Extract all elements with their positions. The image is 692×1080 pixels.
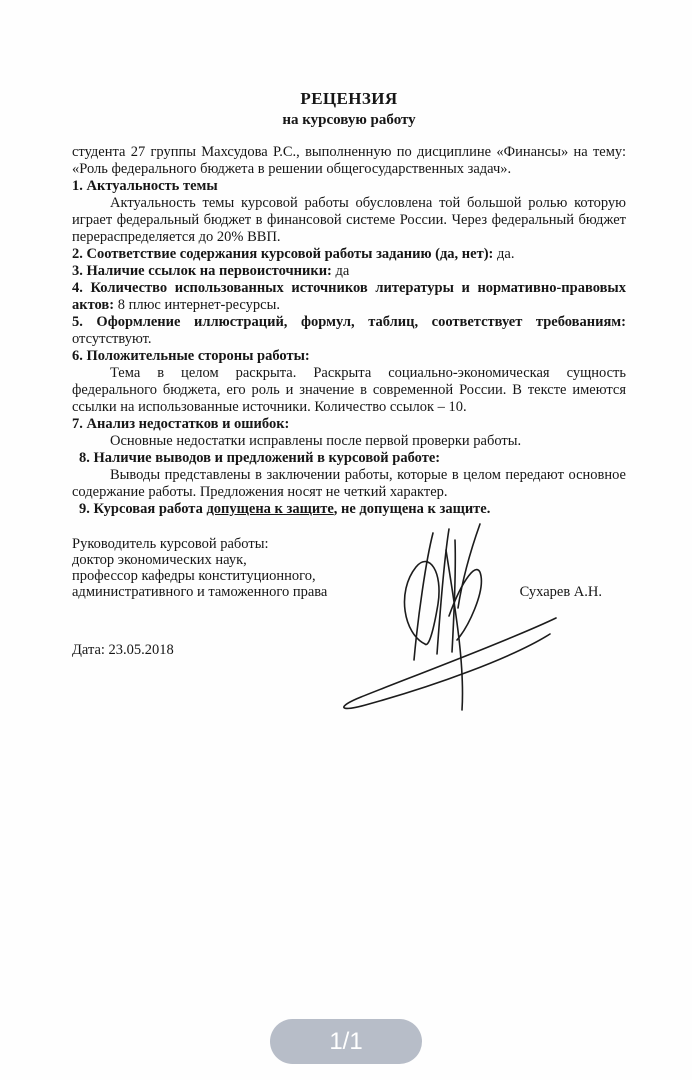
signoff-line-3: профессор кафедры конституционного, <box>72 568 626 584</box>
signoff-line-2: доктор экономических наук, <box>72 552 626 568</box>
section-4-value: 8 плюс интернет-ресурсы. <box>118 297 280 313</box>
section-9-suffix: , не допущена к защите. <box>334 501 491 517</box>
section-3-heading: 3. Наличие ссылок на первоисточники: <box>72 263 332 279</box>
section-8-heading: 8. Наличие выводов и предложений в курсо… <box>72 450 626 467</box>
section-6-body: Тема в целом раскрыта. Раскрыта социальн… <box>72 365 626 416</box>
date-line: Дата: 23.05.2018 <box>72 642 626 659</box>
section-4-line: 4. Количество использованных источников … <box>72 280 626 314</box>
section-1-body: Актуальность темы курсовой работы обусло… <box>72 195 626 246</box>
section-7-heading: 7. Анализ недостатков и ошибок: <box>72 416 626 433</box>
section-8-body: Выводы представлены в заключении работы,… <box>72 467 626 501</box>
section-6-heading: 6. Положительные стороны работы: <box>72 348 626 365</box>
section-5-line: 5. Оформление иллюстраций, формул, табли… <box>72 314 626 348</box>
section-5-value: отсутствуют. <box>72 331 151 347</box>
document-subtitle: на курсовую работу <box>72 111 626 130</box>
review-document: РЕЦЕНЗИЯ на курсовую работу студента 27 … <box>0 0 692 659</box>
section-3-line: 3. Наличие ссылок на первоисточники: да <box>72 263 626 280</box>
signoff-block: Руководитель курсовой работы: доктор эко… <box>72 536 626 600</box>
section-2-heading: 2. Соответствие содержания курсовой рабо… <box>72 246 493 262</box>
section-7-body: Основные недостатки исправлены после пер… <box>72 433 626 450</box>
section-5-heading: 5. Оформление иллюстраций, формул, табли… <box>72 314 626 330</box>
section-2-line: 2. Соответствие содержания курсовой рабо… <box>72 246 626 263</box>
page-indicator: 1/1 <box>270 1019 422 1064</box>
section-9-prefix: 9. Курсовая работа <box>79 501 206 517</box>
section-9-underlined: допущена к защите <box>206 501 333 517</box>
signoff-line-1: Руководитель курсовой работы: <box>72 536 626 552</box>
intro-paragraph: студента 27 группы Махсудова Р.С., выпол… <box>72 144 626 178</box>
signer-name: Сухарев А.Н. <box>520 584 602 600</box>
section-9-line: 9. Курсовая работа допущена к защите, не… <box>72 501 626 518</box>
section-1-heading: 1. Актуальность темы <box>72 178 626 195</box>
document-viewer: РЕЦЕНЗИЯ на курсовую работу студента 27 … <box>0 0 692 1080</box>
section-3-value: да <box>336 263 350 279</box>
document-title: РЕЦЕНЗИЯ <box>72 88 626 109</box>
section-2-value: да. <box>497 246 514 262</box>
